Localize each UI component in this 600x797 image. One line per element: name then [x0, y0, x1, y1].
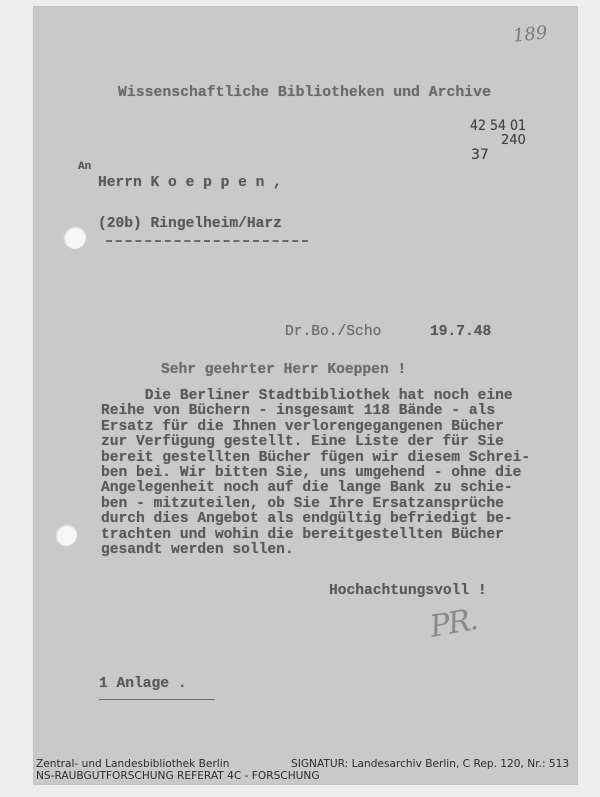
footer-institution: Zentral- und Landesbibliothek Berlin	[36, 758, 229, 770]
letterhead: Wissenschaftliche Bibliotheken und Archi…	[118, 86, 491, 101]
recipient-prefix: An	[78, 160, 91, 175]
body-line: trachten und wohin die bereitgestellten …	[101, 528, 551, 543]
reference-number-2: 240	[501, 133, 526, 148]
footer-department: NS-RAUBGUTFORSCHUNG REFERAT 4C - FORSCHU…	[36, 770, 320, 782]
body-line: zur Verfügung gestellt. Eine Liste der f…	[101, 435, 551, 450]
recipient-address: (20b) Ringelheim/Harz	[98, 217, 282, 232]
address-underline	[106, 240, 308, 242]
reference-number-3: 37	[471, 148, 489, 163]
letter-date: 19.7.48	[430, 325, 491, 340]
body-line: bereit gestellten Bücher fügen wir diese…	[101, 451, 551, 466]
body-line: durch dies Angebot als endgültig befried…	[101, 512, 551, 527]
sender-reference: Dr.Bo./Scho	[285, 325, 381, 340]
footer-signature: SIGNATUR: Landesarchiv Berlin, C Rep. 12…	[291, 758, 569, 770]
punch-hole-bottom	[55, 524, 77, 546]
folio-number: 189	[512, 22, 548, 46]
salutation: Sehr geehrter Herr Koeppen !	[161, 363, 406, 378]
body-line: ben - mitzuteilen, ob Sie Ihre Ersatzans…	[101, 497, 551, 512]
body-line: Ersatz für die Ihnen verlorengegangenen …	[101, 420, 551, 435]
enclosure-underline	[99, 699, 215, 700]
punch-hole-top	[63, 226, 86, 249]
body-line: Angelegenheit noch auf die lange Bank zu…	[101, 481, 551, 496]
enclosure-note: 1 Anlage .	[99, 677, 187, 692]
body-line: Reihe von Büchern - insgesamt 118 Bände …	[101, 404, 551, 419]
closing: Hochachtungsvoll !	[329, 584, 487, 599]
letter-body: Die Berliner Stadtbibliothek hat noch ei…	[101, 389, 551, 558]
recipient-name: Herrn K o e p p e n ,	[98, 176, 282, 191]
body-line: gesandt werden sollen.	[101, 543, 551, 558]
